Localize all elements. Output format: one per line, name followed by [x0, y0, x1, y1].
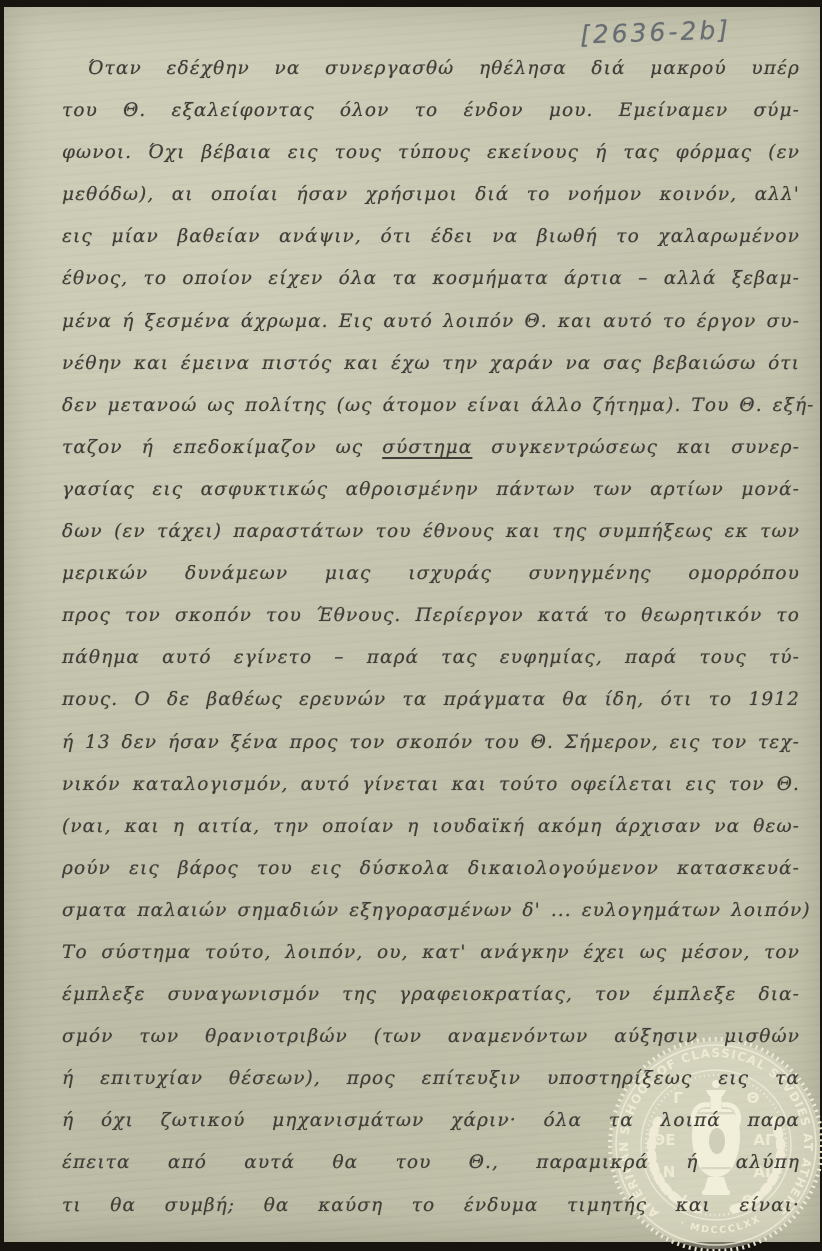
underlined-word: σύστημα — [382, 437, 472, 458]
manuscript-line: μεθόδω), αι οποίαι ήσαν χρήσιμοι διά το … — [62, 174, 800, 216]
line-segment: ταζον ή επεδοκίμαζον ως — [62, 437, 382, 458]
manuscript-line: σμόν των θρανιοτριβών (των αναμενόντων α… — [62, 1016, 800, 1058]
manuscript-line: πους. Ο δε βαθέως ερευνών τα πράγματα θα… — [62, 679, 800, 721]
manuscript-line: ή όχι ζωτικού μηχανισμάτων χάριν· όλα τα… — [62, 1100, 800, 1142]
line-segment: συγκεντρώσεως και συνερ- — [472, 437, 800, 458]
manuscript-line: Το σύστημα τούτο, λοιπόν, ου, κατ' ανάγκ… — [62, 932, 800, 974]
manuscript-line: σματα παλαιών σημαδιών εξηγορασμένων δ' … — [62, 890, 800, 932]
manuscript-line: έθνος, το οποίον είχεν όλα τα κοσμήματα … — [62, 258, 800, 300]
manuscript-line: μένα ή ξεσμένα άχρωμα. Εις αυτό λοιπόν Θ… — [62, 301, 800, 343]
manuscript-line: ρούν εις βάρος του εις δύσκολα δικαιολογ… — [62, 848, 800, 890]
manuscript-line: πάθημα αυτό εγίνετο – παρά τας ευφημίας,… — [62, 637, 800, 679]
manuscript-line: μερικών δυνάμεων μιας ισχυράς συνηγμένης… — [62, 553, 800, 595]
manuscript-line: νικόν καταλογισμόν, αυτό γίνεται και τού… — [62, 764, 800, 806]
archive-code: [2636-2b] — [580, 14, 781, 50]
manuscript-line: δων (εν τάχει) παραστάτων του έθνους και… — [62, 511, 800, 553]
manuscript-line: προς τον σκοπόν του Έθνους. Περίεργον κα… — [62, 595, 800, 637]
manuscript-line: έμπλεξε συναγωνισμόν της γραφειοκρατίας,… — [62, 974, 800, 1016]
manuscript-line: τι θα συμβή; θα καύση το ένδυμα τιμητής … — [62, 1185, 800, 1227]
manuscript-line: ή επιτυχίαν θέσεων), προς επίτευξιν υποσ… — [62, 1058, 800, 1100]
scanned-page: [2636-2b] AMERICAN SCHOOL OF CLASSICAL S… — [0, 0, 822, 1251]
manuscript-line: δεν μετανοώ ως πολίτης (ως άτομον είναι … — [62, 385, 800, 427]
manuscript-text: Όταν εδέχθην να συνεργασθώ ηθέλησα διά μ… — [62, 48, 800, 1227]
manuscript-line: Όταν εδέχθην να συνεργασθώ ηθέλησα διά μ… — [62, 48, 800, 90]
manuscript-paper: [2636-2b] AMERICAN SCHOOL OF CLASSICAL S… — [4, 7, 820, 1242]
manuscript-line: ή 13 δεν ήσαν ξένα προς τον σκοπόν του Θ… — [62, 722, 800, 764]
manuscript-line: έπειτα από αυτά θα του Θ., παραμικρά ή α… — [62, 1142, 800, 1184]
manuscript-line-underlined: ταζον ή επεδοκίμαζον ως σύστημα συγκεντρ… — [62, 427, 800, 469]
manuscript-line: νέθην και έμεινα πιστός και έχω την χαρά… — [62, 343, 800, 385]
manuscript-line: γασίας εις ασφυκτικώς αθροισμένην πάντων… — [62, 469, 800, 511]
manuscript-line: (ναι, και η αιτία, την οποίαν η ιουδαϊκή… — [62, 806, 800, 848]
manuscript-line: του Θ. εξαλείφοντας όλον το ένδον μου. Ε… — [62, 90, 800, 132]
manuscript-line: εις μίαν βαθείαν ανάψιν, ότι έδει να βιω… — [62, 216, 800, 258]
manuscript-line: φωνοι. Όχι βέβαια εις τους τύπους εκείνο… — [62, 132, 800, 174]
